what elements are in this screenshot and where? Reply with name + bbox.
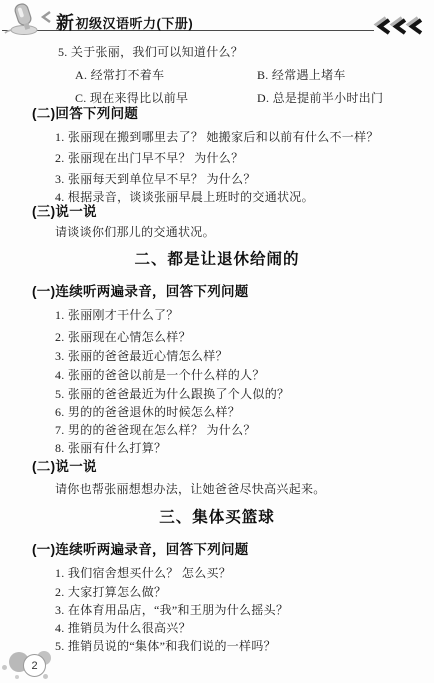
textbook-page: 新初级汉语听力(下册) 5. 关于张丽，我们可以知道什么？ A. 经常打不着车 …: [0, 0, 434, 683]
question-item: 2. 大家打算怎么做？: [55, 585, 166, 599]
section-heading: (二)说一说: [32, 459, 97, 474]
book-title-rest: 初级汉语听力(下册): [76, 16, 194, 31]
question-item: 4. 根据录音，谈谈张丽早晨上班时的交通状况。: [55, 190, 314, 204]
question-item: 1. 张丽现在搬到哪里去了？ 她搬家后和以前有什么不一样？: [55, 130, 379, 144]
question-item: 1. 我们宿舍想买什么？ 怎么买？: [55, 566, 231, 580]
option-d: D. 总是提前半小时出门: [257, 91, 383, 105]
question-item: 4. 张丽的爸爸以前是一个什么样的人？: [55, 368, 265, 382]
question-item: 3. 在体育用品店，“我”和王朋为什么摇头？: [55, 603, 288, 617]
section-heading: (二)回答下列问题: [32, 106, 138, 121]
option-b: B. 经常遇上堵车: [257, 68, 346, 82]
option-c: C. 现在来得比以前早: [75, 91, 188, 105]
question-item: 7. 男的的爸爸现在怎么样？ 为什么？: [55, 423, 256, 437]
section-heading: (一)连续听两遍录音，回答下列问题: [32, 284, 249, 299]
book-title: 新初级汉语听力(下册): [56, 9, 193, 35]
question-item: 2. 张丽现在心情怎么样？: [55, 330, 191, 344]
section-heading: (三)说一说: [32, 204, 97, 219]
section-heading: (一)连续听两遍录音，回答下列问题: [32, 542, 249, 557]
bubble-decoration: [43, 674, 48, 679]
question-item: 2. 张丽现在出门早不早？ 为什么？: [55, 151, 243, 165]
bubble-decoration: [15, 675, 19, 679]
question-item: 3. 张丽的爸爸最近心情怎么样？: [55, 349, 228, 363]
lesson-title: 三、集体买篮球: [0, 509, 434, 526]
option-a: A. 经常打不着车: [75, 68, 164, 82]
question-item: 5. 推销员说的“集体”和我们说的一样吗？: [55, 639, 276, 653]
instruction-text: 请你也帮张丽想想办法，让她爸爸尽快高兴起来。: [55, 482, 326, 496]
instruction-text: 请谈谈你们那儿的交通状况。: [55, 225, 215, 239]
question-item: 5. 关于张丽，我们可以知道什么？: [58, 45, 243, 59]
bubble-decoration: [2, 665, 7, 670]
microphone-icon: [3, 2, 53, 36]
question-item: 6. 男的的爸爸退休的时候怎么样？: [55, 405, 240, 419]
chevrons-icon: [372, 15, 428, 35]
page-number: 2: [23, 654, 46, 677]
question-item: 1. 张丽刚才干什么了？: [55, 308, 179, 322]
question-item: 8. 张丽有什么打算？: [55, 441, 166, 455]
question-item: 5. 张丽的爸爸最近为什么跟换了个人似的？: [55, 387, 289, 401]
question-item: 3. 张丽每天到单位早不早？ 为什么？: [55, 172, 256, 186]
question-item: 4. 推销员为什么很高兴？: [55, 621, 191, 635]
lesson-title: 二、都是让退休给闹的: [0, 251, 434, 268]
book-title-first-char: 新: [56, 13, 75, 33]
